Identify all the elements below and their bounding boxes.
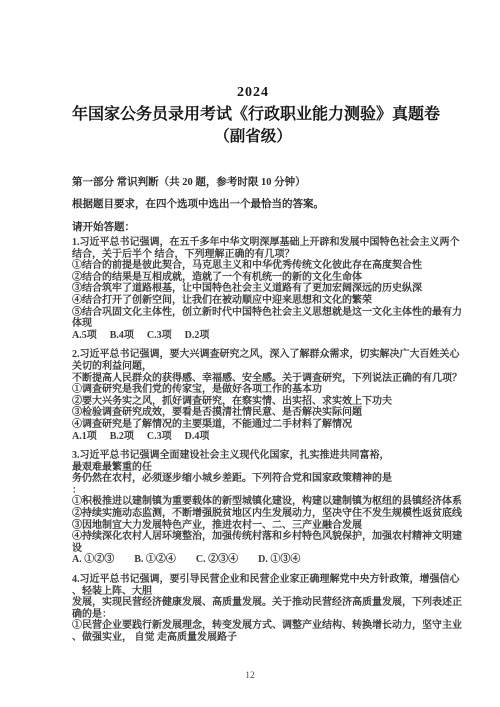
question-3-item-4: ④持续深化农村人居环境整治，加强传统村落和乡村特色风貌保护，加强农村精神文明建: [72, 531, 434, 543]
question-1-line: 1.习近平总书记强调，在五千多年中华文明深厚基础上开辟和发展中国特色社会主义两个: [72, 237, 434, 249]
question-1-item-3: ③结合筑牢了道路根基，让中国特色社会主义道路有了更加宏阔深远的历史纵深: [72, 283, 434, 295]
question-1-option-c: C.3项: [147, 330, 172, 342]
question-3-option-d: D. ①③④: [258, 554, 300, 566]
question-2-option-b: B.2项: [110, 431, 134, 443]
question-2-item-1: ①调查研究是我们党的传家宝，是做好各项工作的基本功: [72, 384, 434, 396]
document-page: 2024 年国家公务员录用考试《行政职业能力测验》真题卷 （副省级） 第一部分 …: [0, 0, 500, 707]
question-2-option-d: D.4项: [185, 431, 210, 443]
question-2-line: 不断提高人民群众的获得感、幸福感、安全感。关于调查研究，下列说法正确的有几项？: [72, 373, 434, 385]
question-3-option-a: A. ①②③: [72, 554, 114, 566]
question-3-option-b: B. ①②④: [134, 554, 176, 566]
question-1-item-5: ⑤结合巩固文化主体性，创立新时代中国特色社会主义思想就是这一文化主体性的最有力: [72, 307, 434, 319]
document-title-year: 2024: [72, 84, 434, 101]
section-heading: 第一部分 常识判断（共 20 题，参考时限 10 分钟）: [72, 176, 434, 189]
question-1-option-d: D.2项: [185, 330, 210, 342]
question-3: 3.习近平总书记强调全面建设社会主义现代化国家，扎实推进共同富裕， 最艰难最繁重…: [72, 450, 434, 566]
question-3-line: ：: [72, 485, 434, 497]
question-4-line: 4.习近平总书记强调，要引导民营企业和民营企业家正确理解党中央方针政策，增强信心: [72, 574, 434, 586]
instruction-text: 根据题目要求，在四个选项中选出一个最恰当的答案。: [72, 198, 434, 211]
question-1-option-a: A.5项: [72, 330, 97, 342]
question-1-item-5-cont: 体现: [72, 318, 434, 330]
question-3-option-c: C. ②③④: [196, 554, 238, 566]
begin-prompt: 请开始答题：: [72, 221, 434, 234]
question-1-line: 结合，关于后半个 结合，下列理解正确的有几项？: [72, 249, 434, 261]
question-2-item-2: ②要大兴务实之风，抓好调查研究，在察实情、出实招、求实效上下功夫: [72, 396, 434, 408]
question-3-line: 务仍然在农村，必须逐步缩小城乡差距。下列符合党和国家政策精神的是: [72, 473, 434, 485]
question-2: 2.习近平总书记强调，要大兴调查研究之风，深入了解群众需求，切实解决广大百姓关心…: [72, 349, 434, 442]
question-4-line: 、轻装上阵、大胆: [72, 586, 434, 598]
question-3-line: 3.习近平总书记强调全面建设社会主义现代化国家，扎实推进共同富裕，: [72, 450, 434, 462]
question-1-item-1: ①结合的前提是彼此契合，马克思主义和中华优秀传统文化彼此存在高度契合性: [72, 260, 434, 272]
document-title-subtitle: （副省级）: [72, 126, 434, 147]
question-2-item-3: ③检验调查研究成效，要看是否摸清社情民意、是否解决实际问题: [72, 407, 434, 419]
question-3-item-1: ①积极推进以建制镇为重要载体的新型城镇化建设，构建以建制镇为枢纽的县镇经济体系: [72, 496, 434, 508]
question-1-options: A.5项 B.4项 C.3项 D.2项: [72, 330, 434, 342]
document-content: 2024 年国家公务员录用考试《行政职业能力测验》真题卷 （副省级） 第一部分 …: [0, 0, 500, 644]
question-4-line: 发展，实现民营经济健康发展、高质量发展。关于推动民营经济高质量发展，下列表述正: [72, 597, 434, 609]
question-3-options: A. ①②③ B. ①②④ C. ②③④ D. ①③④: [72, 554, 434, 566]
question-3-item-2: ②持续实施动态监测，不断增强脱贫地区内生发展动力，坚决守住不发生规模性返贫底线: [72, 508, 434, 520]
question-4-item-1: ①民营企业要践行新发展理念，转变发展方式、调整产业结构、转换增长动力，坚守主业: [72, 620, 434, 632]
question-1: 1.习近平总书记强调，在五千多年中华文明深厚基础上开辟和发展中国特色社会主义两个…: [72, 237, 434, 341]
question-1-option-b: B.4项: [110, 330, 134, 342]
question-4-line: 确的是：: [72, 609, 434, 621]
question-2-option-a: A.1项: [72, 431, 97, 443]
question-2-options: A.1项 B.2项 C.3项 D.4项: [72, 431, 434, 443]
question-2-line: 关切的利益问题，: [72, 361, 434, 373]
question-1-item-2: ②结合的结果是互相成就，造就了一个有机统一的新的文化生命体: [72, 272, 434, 284]
question-2-item-4: ④调查研究是了解情况的主要渠道，不能通过二手材料了解情况: [72, 419, 434, 431]
page-number: 12: [0, 671, 500, 681]
question-1-item-4: ④结合打开了创新空间，让我们在被动顺应中迎来思想和文化的繁荣: [72, 295, 434, 307]
question-3-line: 最艰难最繁重的任: [72, 462, 434, 474]
question-3-item-4-cont: 设: [72, 543, 434, 555]
question-3-item-3: ③因地制宜大力发展特色产业，推进农村一、二、三产业融合发展: [72, 520, 434, 532]
question-2-option-c: C.3项: [147, 431, 172, 443]
document-title-main: 年国家公务员录用考试《行政职业能力测验》真题卷: [72, 104, 434, 125]
question-4: 4.习近平总书记强调，要引导民营企业和民营企业家正确理解党中央方针政策，增强信心…: [72, 574, 434, 644]
question-2-line: 2.习近平总书记强调，要大兴调查研究之风，深入了解群众需求，切实解决广大百姓关心: [72, 349, 434, 361]
question-4-item-1-cont: 、做强实业， 自觉 走高质量发展路子: [72, 632, 434, 644]
